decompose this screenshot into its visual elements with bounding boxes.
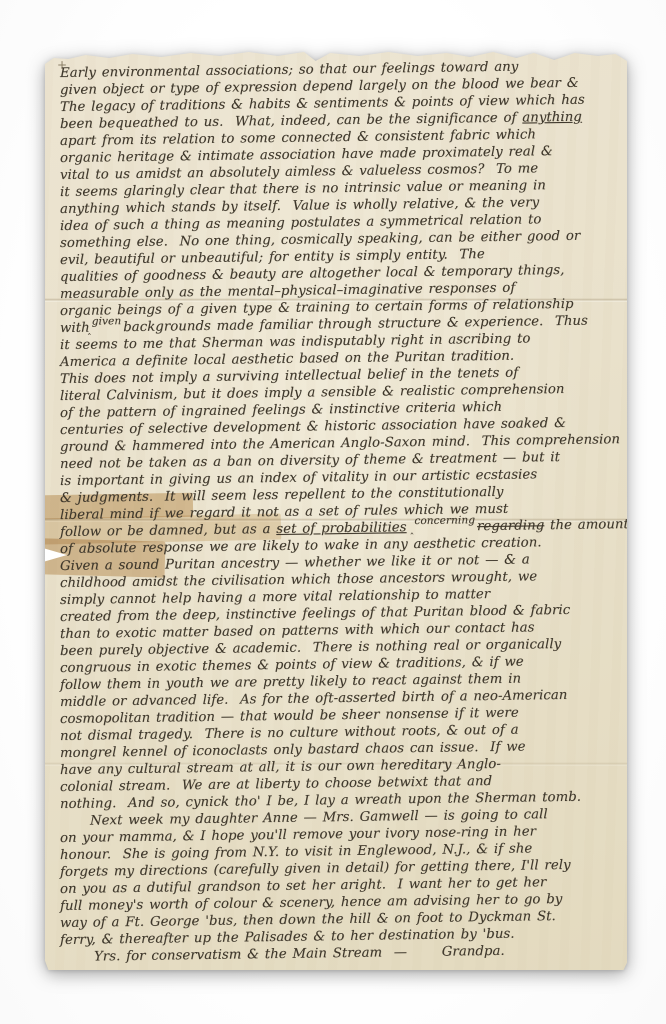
struck-word: regarding bbox=[477, 518, 544, 534]
line-text: follow or be damned, but as a bbox=[60, 522, 276, 540]
letter-page: + Early environmental associations; so t… bbox=[45, 50, 627, 970]
photo-background: + Early environmental associations; so t… bbox=[0, 0, 666, 1024]
inserted-word: concerning bbox=[414, 514, 475, 527]
letter-lines: Early environmental associations; so tha… bbox=[60, 57, 618, 966]
line-text: with bbox=[60, 321, 90, 336]
underlined-text: set of probabilities bbox=[276, 520, 406, 537]
line-text: the amount bbox=[544, 517, 629, 533]
inserted-word: given bbox=[92, 315, 122, 327]
letter-page-wrapper: + Early environmental associations; so t… bbox=[45, 50, 627, 970]
underlined-text: anything bbox=[522, 110, 582, 126]
